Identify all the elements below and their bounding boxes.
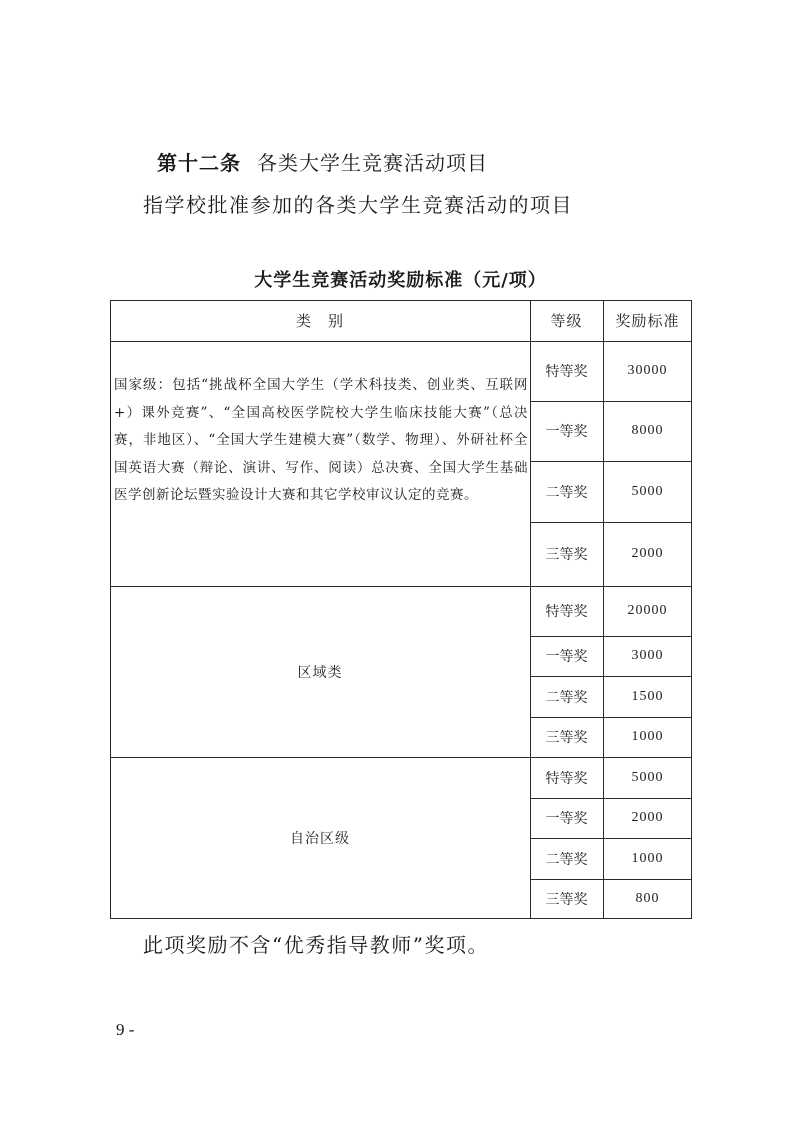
level-cell: 特等奖 bbox=[530, 586, 603, 636]
level-cell: 一等奖 bbox=[530, 401, 603, 461]
reward-cell: 1000 bbox=[603, 717, 692, 757]
level-cell: 三等奖 bbox=[530, 522, 603, 586]
level-cell: 特等奖 bbox=[530, 341, 603, 401]
article-description: 指学校批准参加的各类大学生竞赛活动的项目 bbox=[143, 190, 573, 220]
header-reward: 奖励标准 bbox=[603, 300, 692, 341]
reward-cell: 1000 bbox=[603, 838, 692, 879]
reward-cell: 20000 bbox=[603, 586, 692, 636]
category-regional: 区域类 bbox=[110, 586, 530, 757]
level-cell: 二等奖 bbox=[530, 461, 603, 522]
level-cell: 二等奖 bbox=[530, 676, 603, 717]
level-cell: 特等奖 bbox=[530, 757, 603, 798]
article-number: 第十二条 bbox=[157, 151, 241, 175]
reward-cell: 2000 bbox=[603, 522, 692, 586]
level-cell: 三等奖 bbox=[530, 717, 603, 757]
header-level: 等级 bbox=[530, 300, 603, 341]
article-heading: 第十二条各类大学生竞赛活动项目 bbox=[157, 148, 488, 178]
level-cell: 一等奖 bbox=[530, 636, 603, 676]
category-autonomous-region: 自治区级 bbox=[110, 757, 530, 919]
reward-cell: 5000 bbox=[603, 461, 692, 522]
reward-cell: 2000 bbox=[603, 798, 692, 838]
reward-cell: 3000 bbox=[603, 636, 692, 676]
reward-cell: 30000 bbox=[603, 341, 692, 401]
article-title: 各类大学生竞赛活动项目 bbox=[257, 151, 488, 175]
reward-cell: 1500 bbox=[603, 676, 692, 717]
table-title: 大学生竞赛活动奖励标准（元/项） bbox=[110, 267, 691, 295]
reward-cell: 800 bbox=[603, 879, 692, 919]
reward-cell: 5000 bbox=[603, 757, 692, 798]
level-cell: 三等奖 bbox=[530, 879, 603, 919]
page-number: 9 - bbox=[116, 1018, 134, 1042]
reward-cell: 8000 bbox=[603, 401, 692, 461]
level-cell: 一等奖 bbox=[530, 798, 603, 838]
category-national: 国家级：包括“挑战杯全国大学生（学术科技类、创业类、互联网+）课外竞赛”、“全国… bbox=[114, 372, 528, 510]
header-category: 类 别 bbox=[110, 300, 530, 341]
level-cell: 二等奖 bbox=[530, 838, 603, 879]
footnote: 此项奖励不含“优秀指导教师”奖项。 bbox=[143, 930, 489, 960]
